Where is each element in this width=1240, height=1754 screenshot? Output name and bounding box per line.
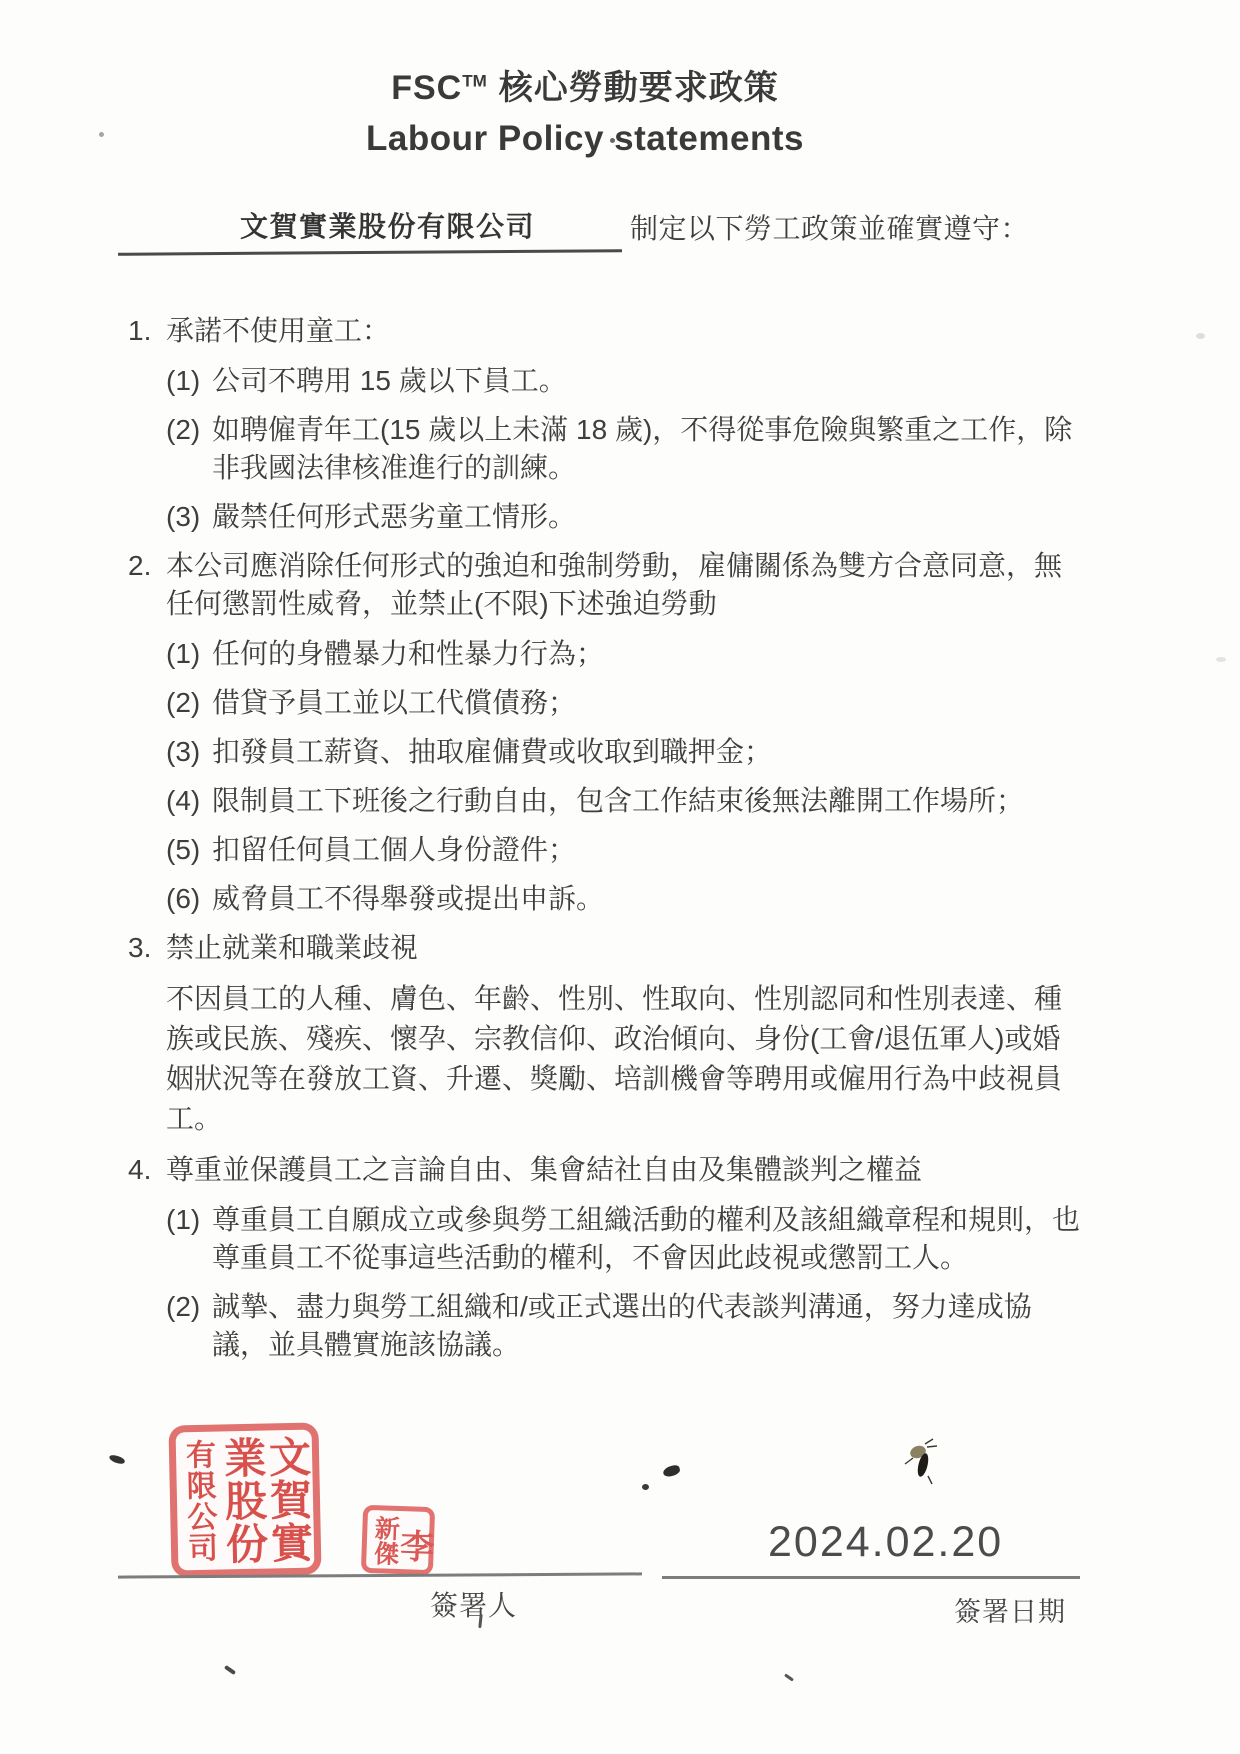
- list-item: (3) 嚴禁任何形式惡劣童工情形。: [166, 498, 1080, 536]
- section-heading-text: 承諾不使用童工：: [166, 312, 1080, 350]
- item-number: (5): [166, 831, 212, 869]
- insect-artifact: [903, 1438, 939, 1486]
- ink-speck: [662, 1464, 681, 1478]
- section-number: 1.: [128, 312, 166, 350]
- pledge-statement: 制定以下勞工政策並確實遵守：: [630, 207, 1029, 247]
- ink-tick-mark: [224, 1665, 236, 1675]
- list-item: (5) 扣留任何員工個人身份證件；: [166, 831, 1080, 869]
- item-text: 限制員工下班後之行動自由，包含工作結束後無法離開工作場所；: [212, 782, 1080, 820]
- list-item: (2) 如聘僱青年工(15 歲以上未滿 18 歲)，不得從事危險與繁重之工作，除…: [166, 411, 1080, 487]
- item-text: 如聘僱青年工(15 歲以上未滿 18 歲)，不得從事危險與繁重之工作，除非我國法…: [212, 411, 1080, 487]
- list-item: (1) 任何的身體暴力和性暴力行為；: [166, 635, 1080, 673]
- item-text: 借貸予員工並以工代償債務；: [212, 684, 1080, 722]
- seal-column: 新傑: [370, 1510, 400, 1569]
- scanner-edge-speck: [1196, 333, 1205, 339]
- item-text: 威脅員工不得舉發或提出申訴。: [212, 880, 1080, 918]
- title-zh-text: 核心勞動要求政策: [499, 69, 779, 107]
- company-seal-stamp: 文賀實 業股份 有限公司: [168, 1422, 321, 1577]
- title-line-zh: FSCTM核心勞動要求政策: [0, 60, 1170, 109]
- company-name-underline: [118, 249, 622, 256]
- signer-label: 簽署人: [430, 1584, 517, 1624]
- item-number: (4): [166, 782, 212, 820]
- section-heading: 4. 尊重並保護員工之言論自由、集會結社自由及集體談判之權益: [128, 1151, 1080, 1189]
- item-text: 扣發員工薪資、抽取雇傭費或收取到職押金；: [212, 733, 1080, 771]
- section-heading-text: 禁止就業和職業歧視: [166, 929, 1080, 967]
- item-number: (2): [166, 411, 212, 487]
- seal-column: 李: [398, 1511, 430, 1570]
- scanned-policy-document: FSCTM核心勞動要求政策 Labour Policy statements 文…: [0, 0, 1240, 1754]
- document-title: FSCTM核心勞動要求政策 Labour Policy statements: [0, 60, 1170, 159]
- item-number: (2): [166, 684, 212, 722]
- section-paragraph: 不因員工的人種、膚色、年齡、性別、性取向、性別認同和性別表達、種族或民族、殘疾、…: [166, 979, 1080, 1139]
- date-signature-line: [662, 1576, 1080, 1579]
- section-heading-text: 本公司應消除任何形式的強迫和強制勞動，雇傭關係為雙方合意同意，無任何懲罰性威脅，…: [166, 547, 1080, 623]
- section-number: 3.: [128, 929, 166, 967]
- scanner-edge-speck: [1216, 657, 1226, 662]
- section-number: 2.: [128, 547, 166, 623]
- section-heading: 2. 本公司應消除任何形式的強迫和強制勞動，雇傭關係為雙方合意同意，無任何懲罰性…: [128, 547, 1080, 623]
- signature-date-value: 2024.02.20: [768, 1518, 1003, 1567]
- seal-column: 有限公司: [174, 1436, 223, 1567]
- item-number: (3): [166, 733, 212, 771]
- item-text: 嚴禁任何形式惡劣童工情形。: [212, 498, 1080, 536]
- item-number: (3): [166, 498, 212, 536]
- company-seal-text: 文賀實 業股份 有限公司: [178, 1434, 313, 1567]
- seal-column: 文賀實: [265, 1434, 313, 1565]
- personal-seal-text: 李 新傑: [366, 1510, 430, 1570]
- list-item: (6) 威脅員工不得舉發或提出申訴。: [166, 880, 1080, 918]
- date-label: 簽署日期: [954, 1590, 1066, 1629]
- section-number: 4.: [128, 1151, 166, 1189]
- policy-section-2: 2. 本公司應消除任何形式的強迫和強制勞動，雇傭關係為雙方合意同意，無任何懲罰性…: [128, 547, 1080, 918]
- list-item: (2) 誠摯、盡力與勞工組織和/或正式選出的代表談判溝通，努力達成協議，並具體實…: [166, 1288, 1080, 1364]
- item-number: (6): [166, 880, 212, 918]
- list-item: (2) 借貸予員工並以工代償債務；: [166, 684, 1080, 722]
- trademark-superscript: TM: [462, 72, 487, 91]
- ink-speck: [610, 138, 615, 143]
- item-number: (2): [166, 1288, 212, 1364]
- section-heading-text: 尊重並保護員工之言論自由、集會結社自由及集體談判之權益: [166, 1151, 1080, 1189]
- list-item: (1) 尊重員工自願成立或參與勞工組織活動的權利及該組織章程和規則，也尊重員工不…: [166, 1201, 1080, 1277]
- policy-section-3: 3. 禁止就業和職業歧視 不因員工的人種、膚色、年齡、性別、性取向、性別認同和性…: [128, 929, 1080, 1139]
- ink-speck: [642, 1484, 649, 1490]
- seal-column: 業股份: [220, 1435, 268, 1566]
- list-item: (3) 扣發員工薪資、抽取雇傭費或收取到職押金；: [166, 733, 1080, 771]
- section-heading: 3. 禁止就業和職業歧視: [128, 929, 1080, 967]
- item-number: (1): [166, 362, 212, 400]
- personal-seal-stamp: 李 新傑: [361, 1505, 435, 1575]
- title-line-en: Labour Policy statements: [0, 119, 1170, 159]
- fsc-brand-text: FSC: [391, 69, 462, 107]
- ink-tick-mark: [784, 1673, 794, 1681]
- intro-row: 文賀實業股份有限公司 制定以下勞工政策並確實遵守：: [0, 205, 1240, 265]
- section-heading: 1. 承諾不使用童工：: [128, 312, 1080, 350]
- item-text: 公司不聘用 15 歲以下員工。: [212, 362, 1080, 400]
- policy-body: 1. 承諾不使用童工： (1) 公司不聘用 15 歲以下員工。 (2) 如聘僱青…: [128, 312, 1080, 1375]
- item-text: 任何的身體暴力和性暴力行為；: [212, 635, 1080, 673]
- policy-section-4: 4. 尊重並保護員工之言論自由、集會結社自由及集體談判之權益 (1) 尊重員工自…: [128, 1151, 1080, 1364]
- ink-speck: [99, 132, 104, 137]
- company-name: 文賀實業股份有限公司: [240, 205, 535, 245]
- list-item: (4) 限制員工下班後之行動自由，包含工作結束後無法離開工作場所；: [166, 782, 1080, 820]
- list-item: (1) 公司不聘用 15 歲以下員工。: [166, 362, 1080, 400]
- item-text: 扣留任何員工個人身份證件；: [212, 831, 1080, 869]
- item-text: 尊重員工自願成立或參與勞工組織活動的權利及該組織章程和規則，也尊重員工不從事這些…: [212, 1201, 1080, 1277]
- policy-section-1: 1. 承諾不使用童工： (1) 公司不聘用 15 歲以下員工。 (2) 如聘僱青…: [128, 312, 1080, 536]
- item-number: (1): [166, 1201, 212, 1277]
- ink-speck: [108, 1454, 125, 1466]
- item-text: 誠摯、盡力與勞工組織和/或正式選出的代表談判溝通，努力達成協議，並具體實施該協議…: [212, 1288, 1080, 1364]
- item-number: (1): [166, 635, 212, 673]
